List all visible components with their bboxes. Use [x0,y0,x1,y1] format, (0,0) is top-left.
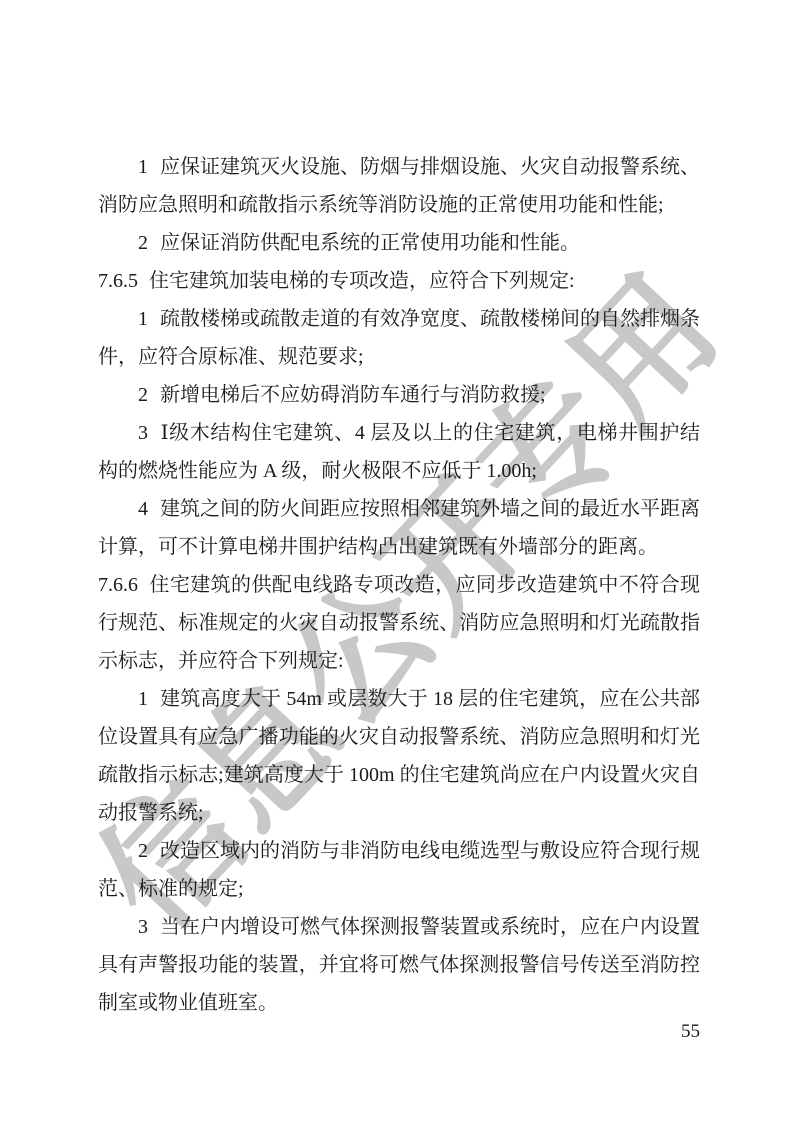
clause-text: 住宅建筑的供配电线路专项改造，应同步改造建筑中不符合现行规范、标准规定的火灾自动… [98,574,700,672]
item-text: Ⅰ级木结构住宅建筑、4 层及以上的住宅建筑，电梯井围护结构的燃烧性能应为 A 级… [98,422,700,482]
page-number: 55 [98,1020,700,1044]
clause-paragraph-7-6-5: 7.6.5住宅建筑加装电梯的专项改造，应符合下列规定: [98,262,700,300]
item-paragraph: 1应保证建筑灭火设施、防烟与排烟设施、火灾自动报警系统、消防应急照明和疏散指示系… [98,148,700,224]
clause-number: 7.6.5 [98,270,138,292]
item-paragraph: 2改造区域内的消防与非消防电线电缆选型与敷设应符合现行规范、标准的规定; [98,832,700,908]
item-paragraph: 2新增电梯后不应妨碍消防车通行与消防救援; [98,376,700,414]
item-text: 应保证建筑灭火设施、防烟与排烟设施、火灾自动报警系统、消防应急照明和疏散指示系统… [98,156,700,216]
item-text: 建筑高度大于 54m 或层数大于 18 层的住宅建筑，应在公共部位设置具有应急广… [98,688,700,824]
item-text: 疏散楼梯或疏散走道的有效净宽度、疏散楼梯间的自然排烟条件，应符合原标准、规范要求… [98,308,700,368]
item-text: 建筑之间的防火间距应按照相邻建筑外墙之间的最近水平距离计算，可不计算电梯井围护结… [98,498,700,558]
item-paragraph: 2应保证消防供配电系统的正常使用功能和性能。 [98,224,700,262]
item-number: 4 [138,498,148,520]
item-number: 2 [138,232,148,254]
item-number: 1 [138,308,148,330]
document-body-text: 1应保证建筑灭火设施、防烟与排烟设施、火灾自动报警系统、消防应急照明和疏散指示系… [98,148,700,1022]
item-number: 3 [138,916,148,938]
clause-text: 住宅建筑加装电梯的专项改造，应符合下列规定: [149,270,575,292]
item-paragraph: 1建筑高度大于 54m 或层数大于 18 层的住宅建筑，应在公共部位设置具有应急… [98,680,700,832]
item-number: 1 [138,688,148,710]
item-number: 1 [138,156,148,178]
item-text: 应保证消防供配电系统的正常使用功能和性能。 [160,232,580,254]
item-text: 当在户内增设可燃气体探测报警装置或系统时，应在户内设置具有声警报功能的装置，并宜… [98,916,700,1014]
item-text: 改造区域内的消防与非消防电线电缆选型与敷设应符合现行规范、标准的规定; [98,840,700,900]
item-text: 新增电梯后不应妨碍消防车通行与消防救援; [160,384,546,406]
clause-paragraph-7-6-6: 7.6.6住宅建筑的供配电线路专项改造，应同步改造建筑中不符合现行规范、标准规定… [98,566,700,680]
item-paragraph: 4建筑之间的防火间距应按照相邻建筑外墙之间的最近水平距离计算，可不计算电梯井围护… [98,490,700,566]
item-number: 3 [138,422,148,444]
item-paragraph: 3当在户内增设可燃气体探测报警装置或系统时，应在户内设置具有声警报功能的装置，并… [98,908,700,1022]
clause-number: 7.6.6 [98,574,138,596]
document-page: 信息公开专用 1应保证建筑灭火设施、防烟与排烟设施、火灾自动报警系统、消防应急照… [0,0,800,1131]
item-paragraph: 3Ⅰ级木结构住宅建筑、4 层及以上的住宅建筑，电梯井围护结构的燃烧性能应为 A … [98,414,700,490]
item-number: 2 [138,384,148,406]
item-paragraph: 1疏散楼梯或疏散走道的有效净宽度、疏散楼梯间的自然排烟条件，应符合原标准、规范要… [98,300,700,376]
item-number: 2 [138,840,148,862]
